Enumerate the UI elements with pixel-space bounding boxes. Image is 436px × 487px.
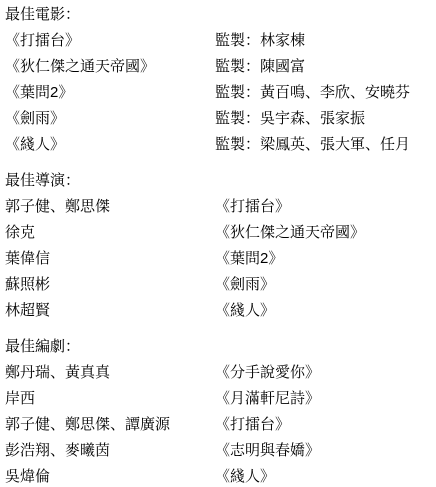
film-title: 《綫人》 (215, 464, 436, 487)
producer-credit: 監製：吳宇森、張家振 (215, 106, 436, 132)
award-row: 《狄仁傑之通天帝國》 監製：陳國富 (5, 54, 436, 80)
film-title: 《打擂台》 (5, 28, 215, 54)
nominee-names: 郭子健、鄭思傑、譚廣源 (5, 412, 215, 438)
producer-credit: 監製：林家棟 (215, 28, 436, 54)
nominee-names: 林超賢 (5, 298, 215, 324)
award-row: 《葉問2》 監製：黃百鳴、李欣、安曉芬 (5, 80, 436, 106)
film-title: 《劍雨》 (215, 272, 436, 298)
awards-nominations-list: 最佳電影： 《打擂台》 監製：林家棟 《狄仁傑之通天帝國》 監製：陳國富 《葉問… (5, 2, 436, 487)
nominee-names: 郭子健、鄭思傑 (5, 194, 215, 220)
section-title-best-film: 最佳電影： (5, 2, 436, 28)
section-title-best-screenplay: 最佳編劇： (5, 334, 436, 360)
award-row: 鄭丹瑞、黃真真 《分手說愛你》 (5, 360, 436, 386)
film-title: 《綫人》 (215, 298, 436, 324)
film-title: 《狄仁傑之通天帝國》 (5, 54, 215, 80)
award-section-best-director: 最佳導演： 郭子健、鄭思傑 《打擂台》 徐克 《狄仁傑之通天帝國》 葉偉信 《葉… (5, 168, 436, 324)
award-section-best-film: 最佳電影： 《打擂台》 監製：林家棟 《狄仁傑之通天帝國》 監製：陳國富 《葉問… (5, 2, 436, 158)
film-title: 《分手說愛你》 (215, 360, 436, 386)
section-title-best-director: 最佳導演： (5, 168, 436, 194)
nominee-names: 岸西 (5, 386, 215, 412)
award-row: 《打擂台》 監製：林家棟 (5, 28, 436, 54)
award-row: 林超賢 《綫人》 (5, 298, 436, 324)
award-row: 蘇照彬 《劍雨》 (5, 272, 436, 298)
producer-credit: 監製：梁鳳英、張大軍、任月 (215, 132, 436, 158)
film-title: 《志明與春嬌》 (215, 438, 436, 464)
nominee-names: 葉偉信 (5, 246, 215, 272)
award-row: 岸西 《月滿軒尼詩》 (5, 386, 436, 412)
award-row: 郭子健、鄭思傑、譚廣源 《打擂台》 (5, 412, 436, 438)
producer-credit: 監製：黃百鳴、李欣、安曉芬 (215, 80, 436, 106)
award-row: 《綫人》 監製：梁鳳英、張大軍、任月 (5, 132, 436, 158)
award-row: 彭浩翔、麥曦茵 《志明與春嬌》 (5, 438, 436, 464)
award-row: 《劍雨》 監製：吳宇森、張家振 (5, 106, 436, 132)
nominee-names: 彭浩翔、麥曦茵 (5, 438, 215, 464)
producer-credit: 監製：陳國富 (215, 54, 436, 80)
nominee-names: 吳煒倫 (5, 464, 215, 487)
film-title: 《狄仁傑之通天帝國》 (215, 220, 436, 246)
film-title: 《綫人》 (5, 132, 215, 158)
award-row: 徐克 《狄仁傑之通天帝國》 (5, 220, 436, 246)
film-title: 《葉問2》 (5, 80, 215, 106)
nominee-names: 鄭丹瑞、黃真真 (5, 360, 215, 386)
award-section-best-screenplay: 最佳編劇： 鄭丹瑞、黃真真 《分手說愛你》 岸西 《月滿軒尼詩》 郭子健、鄭思傑… (5, 334, 436, 487)
nominee-names: 徐克 (5, 220, 215, 246)
film-title: 《劍雨》 (5, 106, 215, 132)
film-title: 《打擂台》 (215, 194, 436, 220)
film-title: 《打擂台》 (215, 412, 436, 438)
award-row: 郭子健、鄭思傑 《打擂台》 (5, 194, 436, 220)
award-row: 吳煒倫 《綫人》 (5, 464, 436, 487)
nominee-names: 蘇照彬 (5, 272, 215, 298)
film-title: 《月滿軒尼詩》 (215, 386, 436, 412)
film-title: 《葉問2》 (215, 246, 436, 272)
award-row: 葉偉信 《葉問2》 (5, 246, 436, 272)
